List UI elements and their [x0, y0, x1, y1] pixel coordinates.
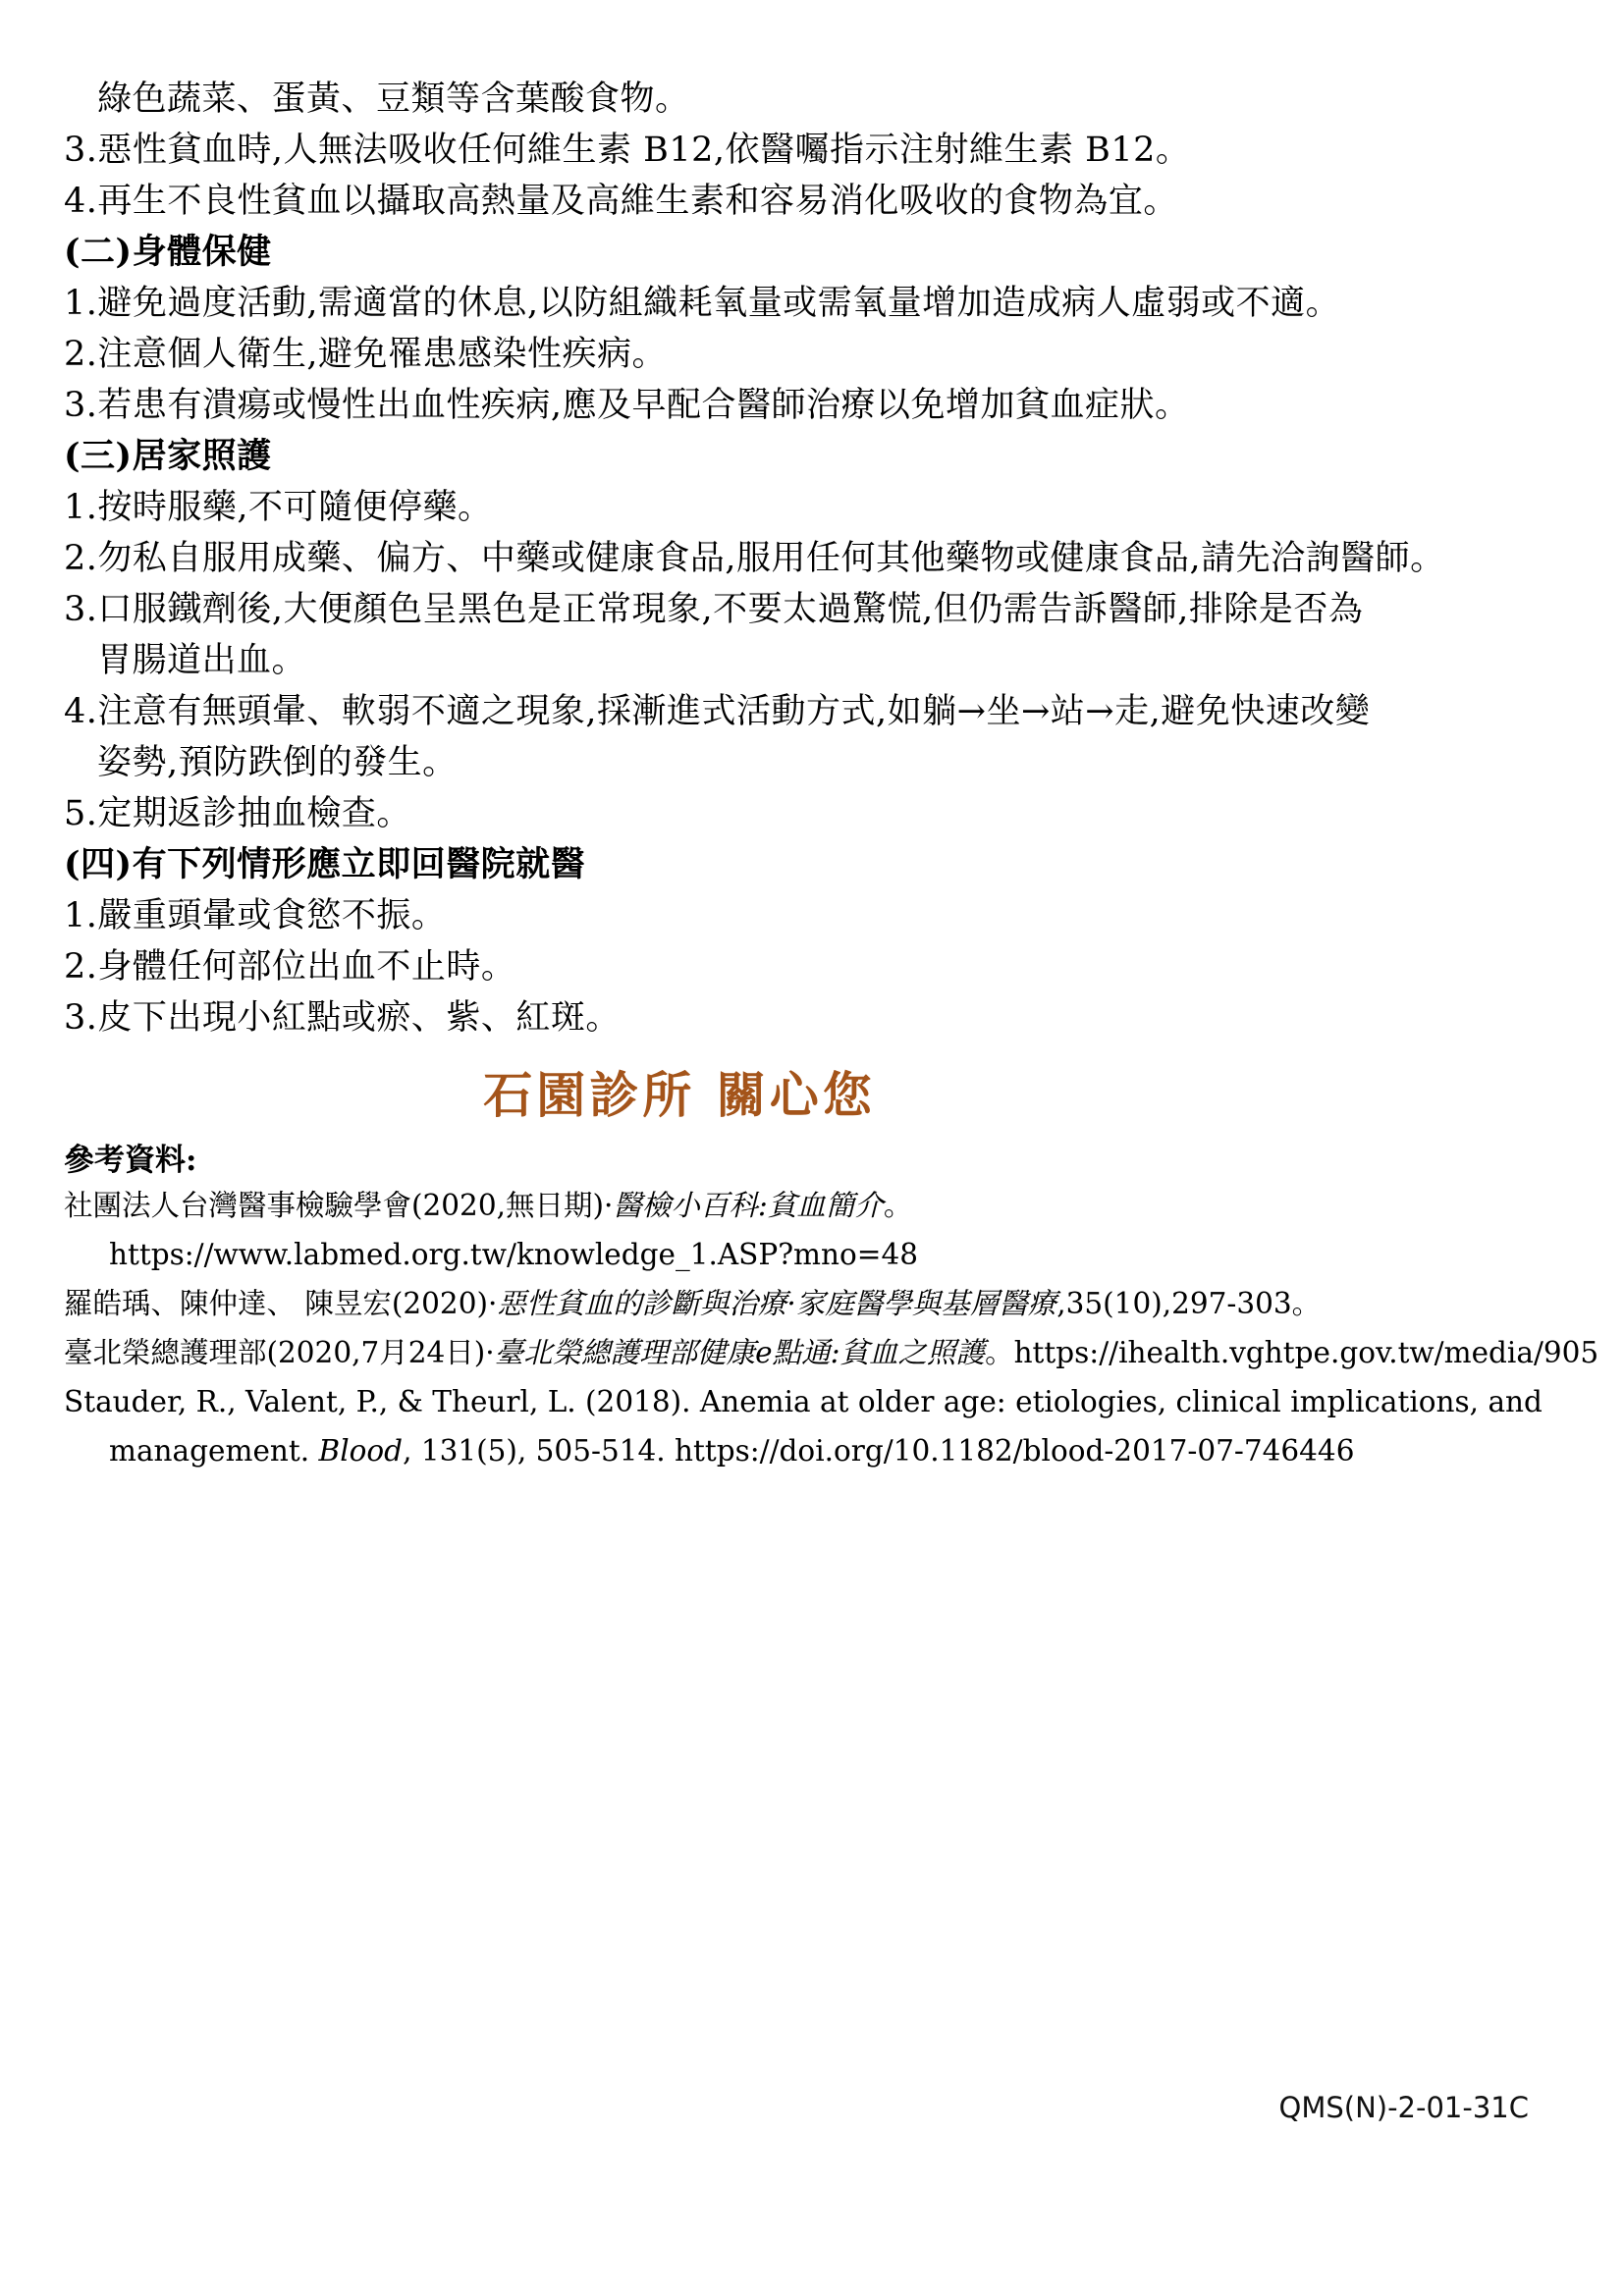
reference-title: 醫檢小百科:貧血簡介 [613, 1189, 883, 1222]
document-page: 綠色蔬菜、蛋黃、豆類等含葉酸食物。 3.惡性貧血時,人無法吸收任何維生素 B12… [0, 0, 1624, 2296]
reference-title: 惡性貧血的診斷與治療·家庭醫學與基層醫療 [497, 1287, 1056, 1320]
body-line: 1.避免過度活動,需適當的休息,以防組織耗氧量或需氧量增加造成病人虛弱或不適。 [64, 278, 1565, 329]
body-line-continuation: 綠色蔬菜、蛋黃、豆類等含葉酸食物。 [64, 74, 1565, 125]
reference-text: 羅皓瑀、陳仲達、 陳昱宏(2020)· [64, 1287, 497, 1320]
body-line: 2.注意個人衛生,避免罹患感染性疾病。 [64, 329, 1565, 380]
reference-line-1: 社團法人台灣醫事檢驗學會(2020,無日期)·醫檢小百科:貧血簡介。 [64, 1181, 1565, 1230]
body-line-continuation: 姿勢,預防跌倒的發生。 [64, 737, 1565, 788]
body-line: 3.皮下出現小紅點或瘀、紫、紅斑。 [64, 992, 1565, 1043]
reference-text: 。 [884, 1189, 913, 1222]
reference-journal: Blood [319, 1434, 404, 1468]
body-line-continuation: 胃腸道出血。 [64, 635, 1565, 686]
body-line: 3.惡性貧血時,人無法吸收任何維生素 B12,依醫囑指示注射維生素 B12。 [64, 125, 1565, 176]
document-code: QMS(N)-2-01-31C [1279, 2091, 1529, 2124]
body-line: 4.再生不良性貧血以攝取高熱量及高維生素和容易消化吸收的食物為宜。 [64, 176, 1565, 227]
reference-text: Stauder, R., Valent, P., & Theurl, L. (2… [64, 1385, 1543, 1418]
reference-text: 臺北榮總護理部(2020,7月24日)· [64, 1336, 495, 1369]
reference-text: management. [109, 1434, 319, 1468]
clinic-banner: 石園診所 關心您 [64, 1065, 1295, 1126]
reference-line-1-url: https://www.labmed.org.tw/knowledge_1.AS… [64, 1230, 1565, 1279]
body-line: 3.口服鐵劑後,大便顏色呈黑色是正常現象,不要太過驚慌,但仍需告訴醫師,排除是否… [64, 584, 1565, 635]
body-line: 4.注意有無頭暈、軟弱不適之現象,採漸進式活動方式,如躺→坐→站→走,避免快速改… [64, 686, 1565, 737]
section-heading-2: (二)身體保健 [64, 227, 1565, 278]
reference-text: ,35(10),297-303。 [1056, 1287, 1321, 1320]
body-line: 2.身體任何部位出血不止時。 [64, 941, 1565, 992]
reference-text: 社團法人台灣醫事檢驗學會(2020,無日期)· [64, 1189, 613, 1222]
body-line: 1.嚴重頭暈或食慾不振。 [64, 890, 1565, 941]
reference-line-2: 羅皓瑀、陳仲達、 陳昱宏(2020)·惡性貧血的診斷與治療·家庭醫學與基層醫療,… [64, 1279, 1565, 1328]
document-content: 綠色蔬菜、蛋黃、豆類等含葉酸食物。 3.惡性貧血時,人無法吸收任何維生素 B12… [64, 74, 1565, 1475]
reference-text: , 131(5), 505-514. https://doi.org/10.11… [403, 1434, 1354, 1468]
body-line: 1.按時服藥,不可隨便停藥。 [64, 482, 1565, 533]
reference-url: https://www.labmed.org.tw/knowledge_1.AS… [109, 1238, 918, 1271]
reference-text: 。https://ihealth.vghtpe.gov.tw/media/905 [985, 1336, 1598, 1369]
body-line: 2.勿私自服用成藥、偏方、中藥或健康食品,服用任何其他藥物或健康食品,請先洽詢醫… [64, 533, 1565, 584]
body-line: 5.定期返診抽血檢查。 [64, 788, 1565, 839]
section-heading-3: (三)居家照護 [64, 431, 1565, 482]
body-line: 3.若患有潰瘍或慢性出血性疾病,應及早配合醫師治療以免增加貧血症狀。 [64, 380, 1565, 431]
reference-line-4-continuation: management. Blood, 131(5), 505-514. http… [64, 1426, 1565, 1475]
reference-line-3: 臺北榮總護理部(2020,7月24日)·臺北榮總護理部健康e點通:貧血之照護。h… [64, 1328, 1565, 1377]
reference-line-4: Stauder, R., Valent, P., & Theurl, L. (2… [64, 1377, 1565, 1426]
references-heading: 參考資料: [64, 1140, 1565, 1181]
reference-title: 臺北榮總護理部健康e點通:貧血之照護 [495, 1336, 985, 1369]
section-heading-4: (四)有下列情形應立即回醫院就醫 [64, 839, 1565, 890]
